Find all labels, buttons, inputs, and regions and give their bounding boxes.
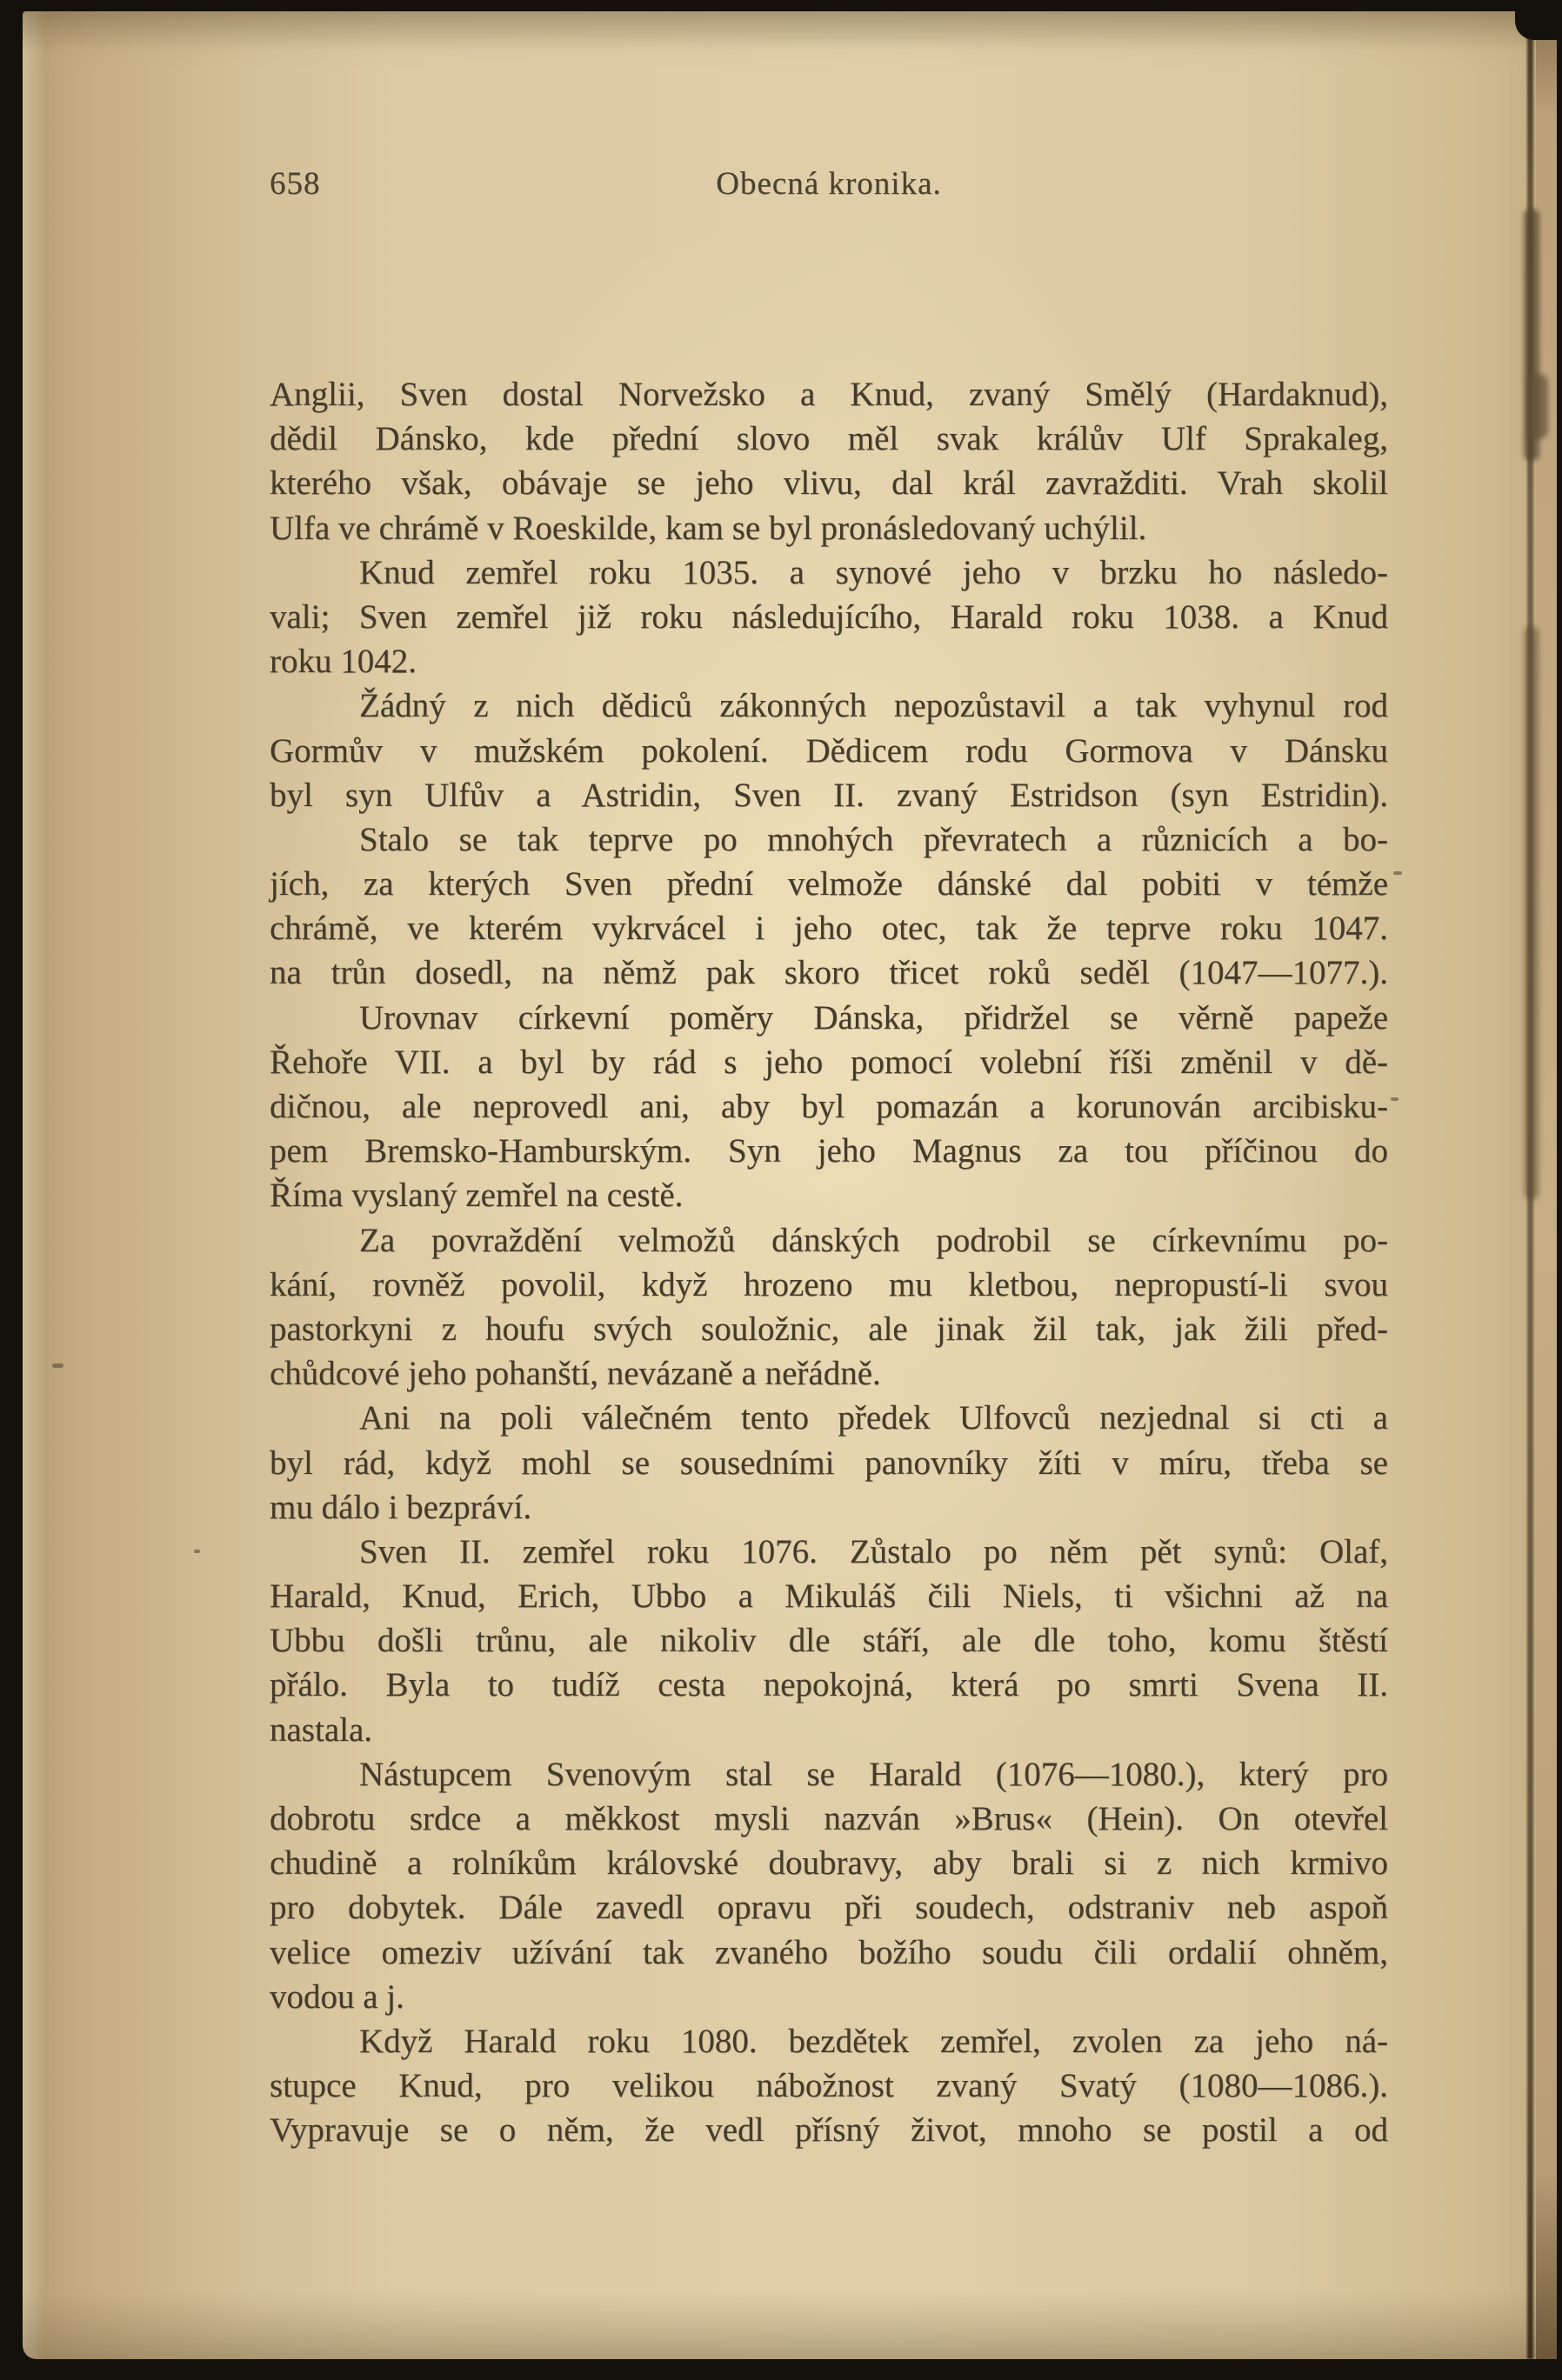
text-line: Žádný z nich dědiců zákonných nepozůstav… <box>270 683 1388 728</box>
text-line: Nástupcem Svenovým stal se Harald (1076—… <box>270 1752 1388 1797</box>
text-line: dobrotu srdce a měkkost mysli nazván »Br… <box>270 1797 1388 1841</box>
text-line: Knud zemřel roku 1035. a synové jeho v b… <box>270 550 1388 595</box>
scan-speck <box>194 1550 200 1553</box>
page-body-text: Anglii, Sven dostal Norvežsko a Knud, zv… <box>270 372 1388 2153</box>
text-line: Když Harald roku 1080. bezdětek zemřel, … <box>270 2019 1388 2063</box>
text-line: velice omeziv užívání tak zvaného božího… <box>270 1930 1388 1975</box>
text-line: pro dobytek. Dále zavedl opravu při soud… <box>270 1885 1388 1930</box>
text-line: kání, rovněž povolil, když hrozeno mu kl… <box>270 1263 1388 1307</box>
text-line: vali; Sven zemřel již roku následujícího… <box>270 595 1388 639</box>
text-line: Anglii, Sven dostal Norvežsko a Knud, zv… <box>270 372 1388 417</box>
text-line: Řehoře VII. a byl by rád s jeho pomocí v… <box>270 1040 1388 1084</box>
scan-smudge <box>1525 626 1539 1200</box>
text-line: dědil Dánsko, kde přední slovo měl svak … <box>270 417 1388 461</box>
text-line: Stalo se tak teprve po mnohých převratec… <box>270 817 1388 862</box>
text-line: Vypravuje se o něm, že vedl přísný život… <box>270 2108 1388 2152</box>
text-line: na trůn dosedl, na němž pak skoro třicet… <box>270 950 1388 995</box>
text-line: Urovnav církevní poměry Dánska, přidržel… <box>270 996 1388 1040</box>
text-line: stupce Knud, pro velikou nábožnost zvaný… <box>270 2063 1388 2108</box>
scan-corner-shadow <box>1515 0 1562 40</box>
scanned-book-page-screenshot: { "document": { "page_number": "658", "r… <box>0 0 1562 2380</box>
scan-speck <box>52 1363 63 1368</box>
text-line: vodou a j. <box>270 1975 1388 2019</box>
text-line: jích, za kterých Sven přední velmože dán… <box>270 862 1388 906</box>
scan-speck <box>1391 1097 1398 1101</box>
text-line: Gormův v mužském pokolení. Dědicem rodu … <box>270 729 1388 773</box>
text-line: Harald, Knud, Erich, Ubbo a Mikuláš čili… <box>270 1574 1388 1618</box>
text-line: kterého však, obávaje se jeho vlivu, dal… <box>270 461 1388 505</box>
text-line: roku 1042. <box>270 639 1388 683</box>
text-line: Sven II. zemřel roku 1076. Zůstalo po ně… <box>270 1530 1388 1574</box>
text-line: chůdcové jeho pohanští, nevázaně a neřád… <box>270 1351 1388 1396</box>
text-line: Ani na poli válečném tento předek Ulfovc… <box>270 1396 1388 1440</box>
text-line: pastorkyni z houfu svých souložnic, ale … <box>270 1307 1388 1351</box>
text-line: Za povraždění velmožů dánských podrobil … <box>270 1218 1388 1263</box>
running-title: Obecná kronika. <box>270 165 1388 203</box>
running-head: 658 Obecná kronika. <box>270 165 1388 205</box>
text-line: chudině a rolníkům královské doubravy, a… <box>270 1841 1388 1885</box>
text-line: nastala. <box>270 1708 1388 1752</box>
text-line: Ubbu došli trůnu, ale nikoliv dle stáří,… <box>270 1618 1388 1663</box>
text-line: byl syn Ulfův a Astridin, Sven II. zvaný… <box>270 773 1388 817</box>
text-line: Říma vyslaný zemřel na cestě. <box>270 1173 1388 1217</box>
scan-smudge <box>1529 374 1548 439</box>
text-line: byl rád, když mohl se sousedními panovní… <box>270 1441 1388 1485</box>
text-line: přálo. Byla to tudíž cesta nepokojná, kt… <box>270 1663 1388 1707</box>
scan-speck <box>1393 871 1402 875</box>
text-line: Ulfa ve chrámě v Roeskilde, kam se byl p… <box>270 506 1388 550</box>
text-line: dičnou, ale neprovedl ani, aby byl pomaz… <box>270 1084 1388 1129</box>
text-line: mu dálo i bezpráví. <box>270 1485 1388 1530</box>
text-line: pem Bremsko-Hamburským. Syn jeho Magnus … <box>270 1129 1388 1173</box>
text-line: chrámě, ve kterém vykrvácel i jeho otec,… <box>270 906 1388 950</box>
